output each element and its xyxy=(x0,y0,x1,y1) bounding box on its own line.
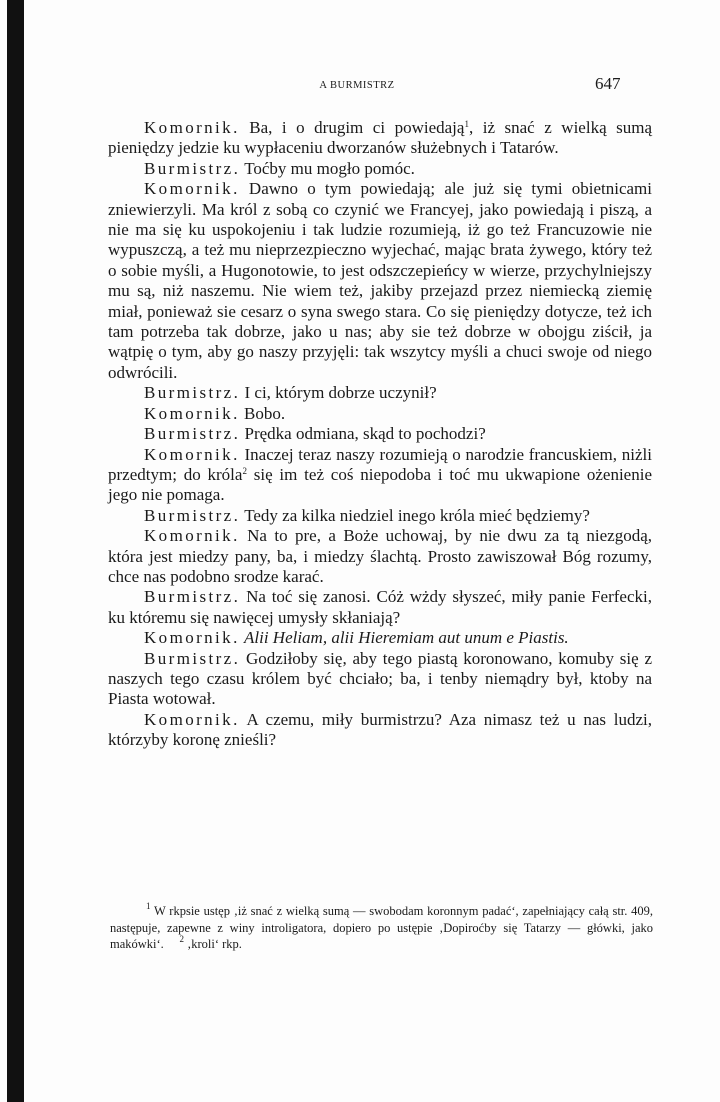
speaker-name: Komornik. xyxy=(144,179,240,198)
speaker-name: Burmistrz. xyxy=(144,383,240,402)
speaker-name: Burmistrz. xyxy=(144,587,240,606)
dialogue-line: Komornik. Bobo. xyxy=(108,404,652,424)
speaker-name: Komornik. xyxy=(144,628,240,647)
speaker-name: Komornik. xyxy=(144,118,240,137)
dialogue-line: Burmistrz. Na toć się zanosi. Cóż wżdy s… xyxy=(108,587,652,628)
dialogue-body: Komornik. Ba, i o drugim ci powiedają1, … xyxy=(108,118,652,751)
footnote: 1 W rkpsie ustęp ‚iż snać z wielką sumą … xyxy=(110,903,653,953)
speaker-name: Burmistrz. xyxy=(144,649,240,668)
speaker-name: Komornik. xyxy=(144,404,240,423)
scan-edge-shadow xyxy=(7,0,24,1102)
dialogue-line: Burmistrz. Toćby mu mogło pomóc. xyxy=(108,159,652,179)
dialogue-line: Burmistrz. Godziłoby się, aby tego piast… xyxy=(108,649,652,710)
speaker-name: Burmistrz. xyxy=(144,424,240,443)
dialogue-line: Burmistrz. Tedy za kilka niedziel inego … xyxy=(108,506,652,526)
speaker-name: Komornik. xyxy=(144,445,240,464)
speaker-name: Burmistrz. xyxy=(144,159,240,178)
speaker-name: Komornik. xyxy=(144,526,240,545)
latin-quote: Alii Heliam, alii Hieremiam aut unum e P… xyxy=(244,628,569,647)
dialogue-line: Komornik. Alii Heliam, alii Hieremiam au… xyxy=(108,628,652,648)
footnotes: 1 W rkpsie ustęp ‚iż snać z wielką sumą … xyxy=(110,903,653,953)
speaker-name: Burmistrz. xyxy=(144,506,240,525)
speaker-name: Komornik. xyxy=(144,710,240,729)
dialogue-line: Komornik. Ba, i o drugim ci powiedają1, … xyxy=(108,118,652,159)
dialogue-line: Komornik. Dawno o tym powiedają; ale już… xyxy=(108,179,652,383)
dialogue-line: Komornik. Na to pre, a Boże uchowaj, by … xyxy=(108,526,652,587)
dialogue-line: Burmistrz. Prędka odmiana, skąd to pocho… xyxy=(108,424,652,444)
dialogue-line: Komornik. Inaczej teraz naszy rozumieją … xyxy=(108,445,652,506)
dialogue-line: Komornik. A czemu, miły burmistrzu? Aza … xyxy=(108,710,652,751)
page-number: 647 xyxy=(595,74,621,94)
dialogue-line: Burmistrz. I ci, którym dobrze uczynił? xyxy=(108,383,652,403)
